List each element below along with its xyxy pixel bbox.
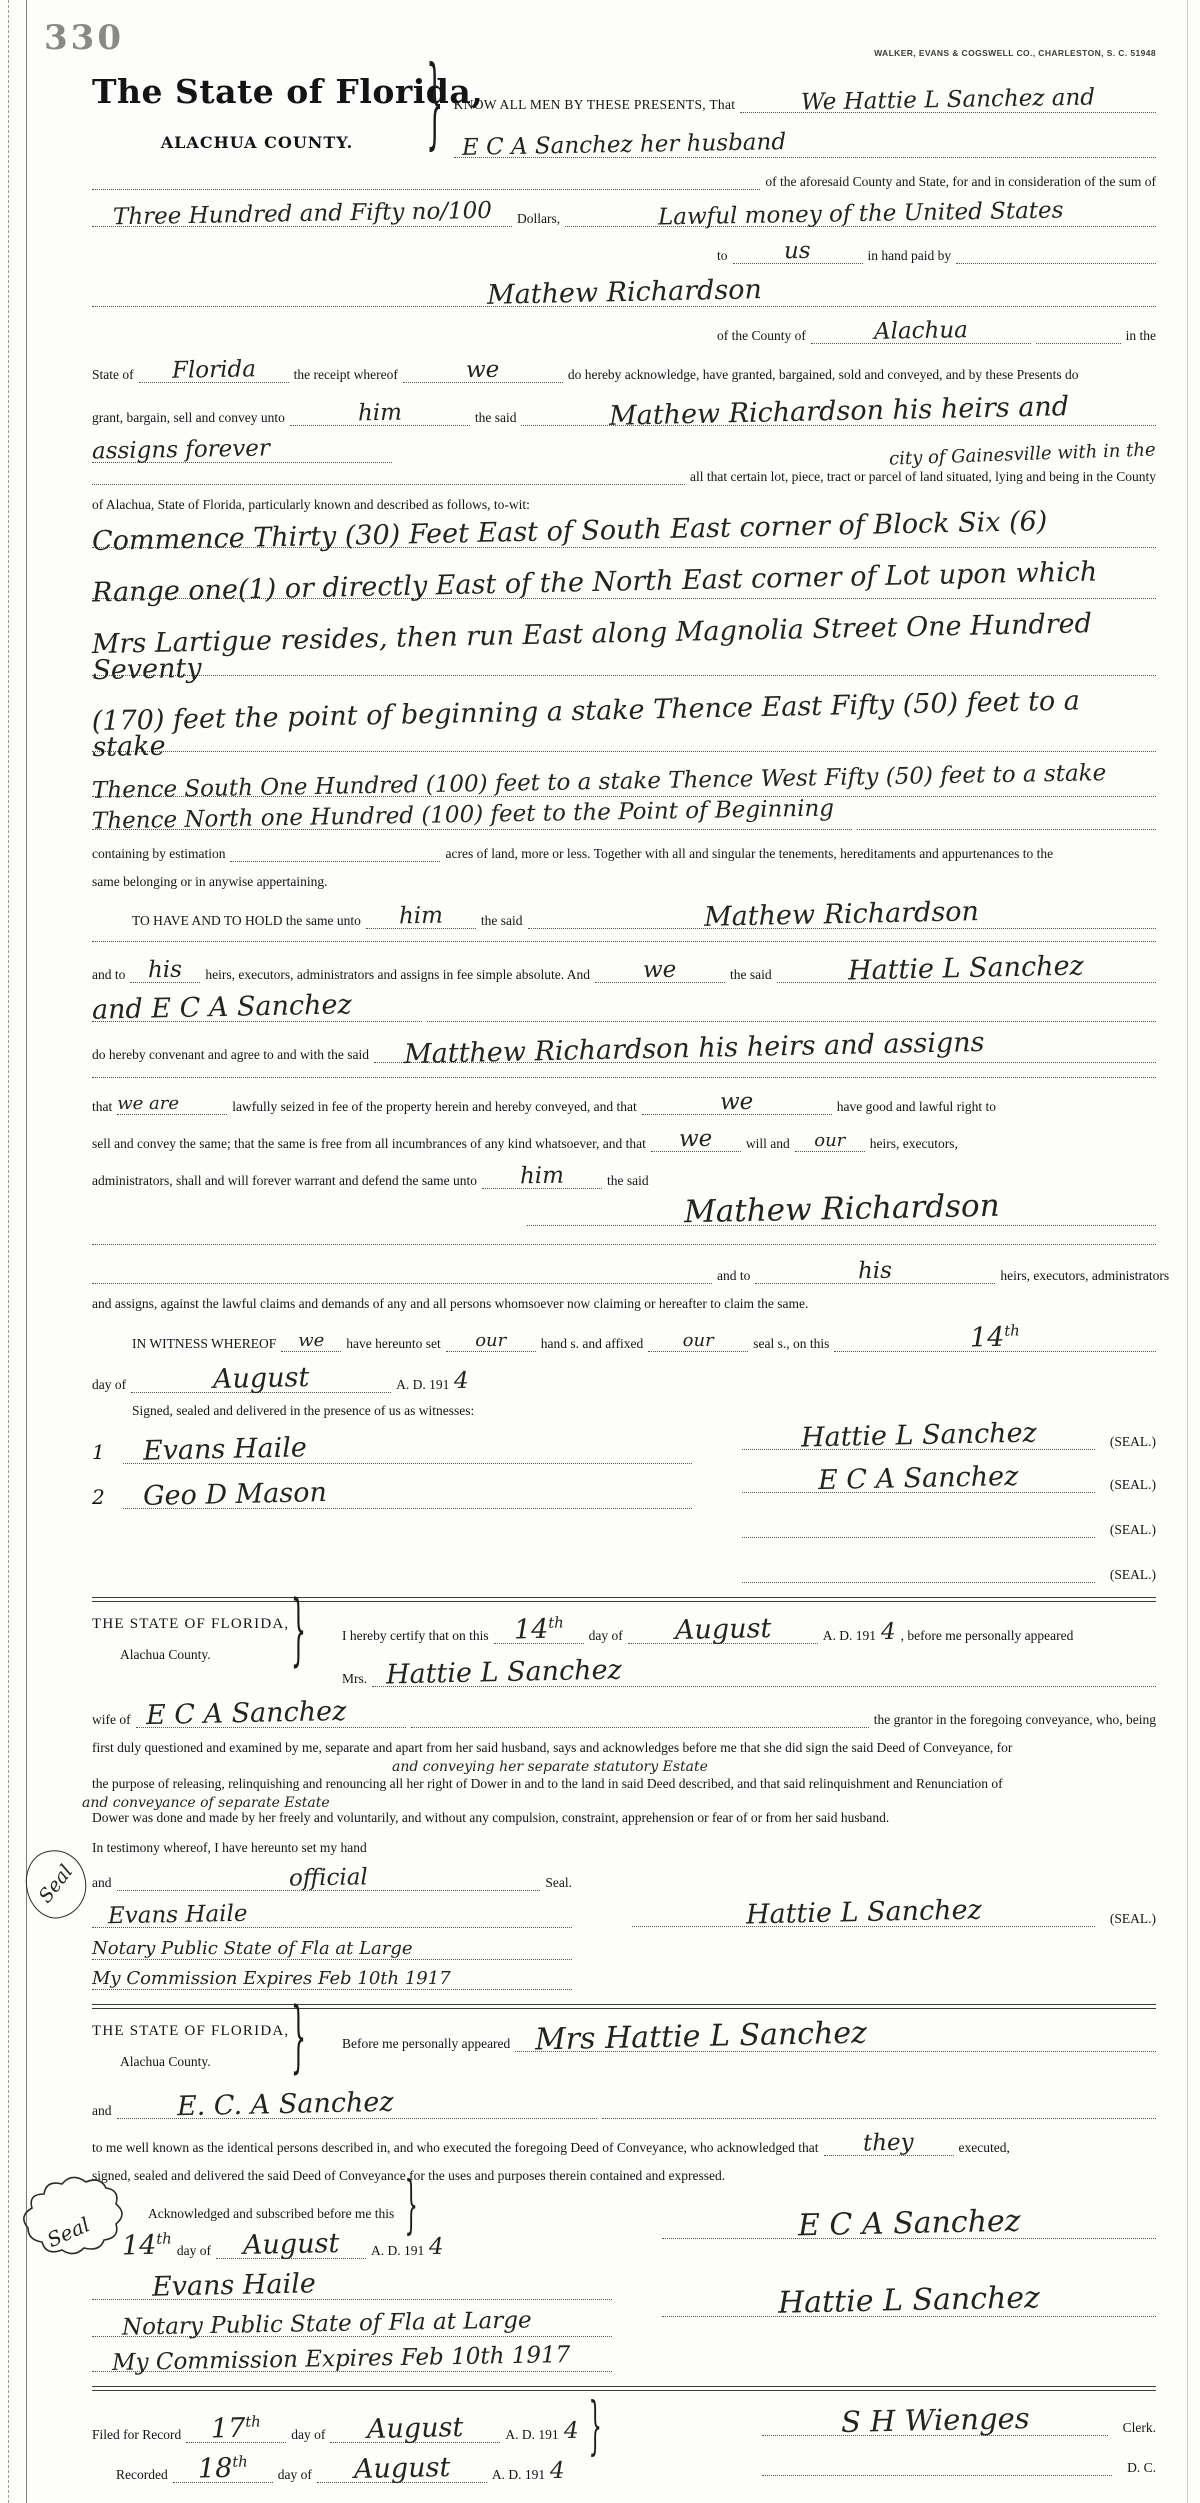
witness-signature: Geo D Mason (143, 1480, 327, 1509)
handwritten-amount: Three Hundred and Fifty no/100 (112, 201, 491, 229)
set-label: have hereunto set (346, 1336, 440, 1352)
notary-seal-circle-drawing: Seal (19, 1843, 94, 1923)
day-of-label-1: day of (92, 1377, 126, 1393)
the-said-4: the said (607, 1173, 649, 1189)
notary-title-handwritten: Notary Public State of Fla at Large (92, 1940, 413, 1957)
description-line: Mrs Lartigue resides, then run East alon… (92, 610, 1157, 684)
handwritten-city-note: city of Gainesville with in the (889, 441, 1156, 467)
state-title: The State of Florida, (92, 72, 422, 111)
handwritten-day-number-2: 14th (513, 1615, 563, 1643)
handwritten-month-2: August (674, 1616, 771, 1644)
right-text: have good and lawful right to (837, 1099, 996, 1115)
presents-label: KNOW ALL MEN BY THESE PRESENTS, That (454, 97, 736, 113)
sell-text: sell and convey the same; that the same … (92, 1136, 646, 1152)
county-title: ALACHUA COUNTY. (92, 133, 422, 152)
notary2-name-signature: Evans Haile (152, 2271, 316, 2300)
and-label-n2: and (92, 2103, 112, 2119)
seal-word-handwritten: Seal (36, 1862, 76, 1906)
handwritten-filed-year: 4 (563, 2421, 578, 2443)
ad-label-2: A. D. 191 (823, 1628, 876, 1644)
handwritten-year-2: 4 (881, 1622, 896, 1644)
seal-paren-label: (SEAL.) (1100, 1477, 1156, 1493)
handwritten-they: they (863, 2132, 914, 2155)
filing-right: S H Wienges Clerk. D. C. (732, 2407, 1156, 2483)
the-said-1: the said (475, 410, 517, 426)
granting-section: of the aforesaid County and State, for a… (92, 174, 1156, 513)
deed-record-page: 330 WALKER, EVANS & COGSWELL CO., CHARLE… (0, 0, 1200, 2503)
notary2-commission-handwritten: My Commission Expires Feb 10th 1917 (112, 2345, 571, 2375)
notary2-header: THE STATE OF FLORIDA, Alachua County. } (92, 2023, 342, 2070)
notary2-county-label: Alachua County. (120, 2054, 289, 2070)
handwritten-interline-1: and conveying her separate statutory Est… (392, 1761, 708, 1774)
heirs-executors-label: heirs, executors, (870, 1136, 958, 1152)
handwritten-month-3: August (243, 2231, 340, 2259)
and-to-label-2: and to (717, 1268, 750, 1284)
notary1-seal-block: Seal and official Seal. Evans Haile Nota… (92, 1856, 1156, 1990)
handwritten-filed-month: August (367, 2415, 464, 2443)
and-label-n1: and (92, 1875, 112, 1891)
receipt-label: the receipt whereof (294, 367, 398, 383)
day-of-label-3: day of (177, 2243, 211, 2259)
handwritten-we-5: we (298, 1332, 324, 1349)
the-said-2: the said (481, 913, 523, 929)
notary1-section: THE STATE OF FLORIDA, Alachua County. } … (92, 1616, 1156, 1687)
witness-number: 1 (92, 1440, 118, 1464)
containing-text: acres of land, more or less. Together wi… (445, 846, 1053, 862)
handwritten-recorded-year: 4 (550, 2461, 565, 2483)
notary2-text: and E. C. A Sanchez to me well known as … (92, 2092, 1156, 2372)
notary2-state-label: THE STATE OF FLORIDA, (92, 2023, 289, 2040)
executed-label: executed, (959, 2140, 1010, 2156)
notary2-seal-block: Seal Acknowledged and subscribed before … (92, 2184, 1156, 2372)
heirs-executors-administrators-label: heirs, executors, administrators (1000, 1268, 1169, 1284)
day-of-label-5: day of (278, 2467, 312, 2483)
dollars-label: Dollars, (517, 211, 560, 227)
notary2-title-handwritten: Notary Public State of Fla at Large (122, 2310, 532, 2339)
grantor-text: the grantor in the foregoing conveyance,… (874, 1712, 1156, 1728)
notary1-body: I hereby certify that on this 14th day o… (342, 1616, 1156, 1687)
handwritten-appeared-2: E. C. A Sanchez (176, 2089, 393, 2119)
handwritten-to-us: us (784, 241, 811, 263)
ad-label-1: A. D. 191 (396, 1377, 449, 1393)
notary1-seal-paren: (SEAL.) (1100, 1911, 1156, 1927)
svg-text:Seal: Seal (43, 2212, 93, 2252)
and-to-label-1: and to (92, 967, 125, 983)
heirs-text: heirs, executors, administrators and ass… (205, 967, 590, 983)
handwritten-we-1: we (466, 360, 500, 382)
situated-text: all that certain lot, piece, tract or pa… (690, 469, 1156, 485)
notary-seal-cloud-drawing: Seal (10, 2176, 130, 2281)
notary1-grantor-signature: Hattie L Sanchez (745, 1897, 981, 1928)
notary2-body: Before me personally appeared Mrs Hattie… (342, 2023, 1156, 2070)
clerk-signature: S H Wienges (840, 2405, 1029, 2436)
notary1-header: THE STATE OF FLORIDA, Alachua County. } (92, 1616, 342, 1687)
in-hand-label: in hand paid by (868, 248, 952, 264)
seal-word-label-n1: Seal. (545, 1875, 572, 1891)
dc-label: D. C. (1117, 2460, 1156, 2476)
handwritten-recorded-month: August (353, 2455, 450, 2483)
handwritten-him-2: him (399, 906, 443, 929)
handwritten-day-number: 14th (970, 1323, 1020, 1351)
handwritten-mrs-name: Hattie L Sanchez (386, 1657, 622, 1688)
testimony-text: In testimony whereof, I have hereunto se… (92, 1840, 367, 1856)
that-label: that (92, 1099, 112, 1115)
hand-label: hand s. and affixed (541, 1336, 643, 1352)
handwritten-him-3: him (520, 1166, 564, 1189)
presence-text: Signed, sealed and delivered in the pres… (132, 1403, 474, 1419)
handwritten-interline-2: and conveyance of separate Estate (82, 1797, 330, 1810)
notary1-county-label: Alachua County. (120, 1647, 289, 1663)
handwritten-state: Florida (171, 359, 255, 382)
ack-brace: } (405, 2171, 418, 2243)
description-line: Thence North one Hundred (100) feet to t… (92, 799, 834, 834)
to-have-hold-label: TO HAVE AND TO HOLD the same unto (132, 913, 361, 929)
filing-section: Filed for Record 17th day of August A. D… (92, 2407, 1156, 2483)
seal-paren-label: (SEAL.) (1100, 1434, 1156, 1450)
section-divider (92, 2386, 1156, 2391)
acknowledged-label: Acknowledged and subscribed before me th… (148, 2206, 394, 2222)
in-the-label: in the (1126, 328, 1156, 344)
notary1-state-label: THE STATE OF FLORIDA, (92, 1616, 289, 1633)
notary2-section: THE STATE OF FLORIDA, Alachua County. } … (92, 2023, 1156, 2070)
handwritten-grantee-1: Mathew Richardson his heirs and (608, 394, 1069, 429)
day-of-label-2: day of (589, 1628, 623, 1644)
covenant-section: that we are lawfully seized in fee of th… (92, 1092, 1156, 1311)
containing-section: containing by estimation acres of land, … (92, 846, 1156, 890)
filed-for-record-label: Filed for Record (92, 2427, 181, 2443)
handwritten-grantor-sig-2: and E C A Sanchez (92, 993, 352, 1024)
handwritten-county: Alachua (874, 320, 968, 343)
before-label: Before me personally appeared (342, 2036, 510, 2052)
handwritten-recorded-day: 18th (198, 2454, 248, 2482)
handwritten-filed-day: 17th (211, 2414, 261, 2442)
ad-label-5: A. D. 191 (492, 2467, 545, 2483)
handwritten-husband-name: E C A Sanchez (145, 1699, 346, 1729)
signature-columns: 1 Evans Haile 2 Geo D Mason Hattie L San… (92, 1423, 1156, 1583)
recorded-label: Recorded (116, 2467, 168, 2483)
belonging-text: same belonging or in anywise appertainin… (92, 874, 327, 890)
acknowledge-text: do hereby acknowledge, have granted, bar… (568, 367, 1079, 383)
grantor-seal-signature: E C A Sanchez (818, 1464, 1019, 1494)
witnesses-column: 1 Evans Haile 2 Geo D Mason (92, 1423, 692, 1583)
handwritten-appeared-1: Mrs Hattie L Sanchez (535, 2019, 867, 2054)
handwritten-him-1: him (358, 403, 402, 426)
habendum-section: TO HAVE AND TO HOLD the same unto him th… (92, 902, 1156, 1078)
section-divider (92, 2004, 1156, 2009)
containing-label: containing by estimation (92, 846, 225, 862)
handwritten-year-1: 4 (454, 1371, 469, 1393)
description-line: Range one(1) or directly East of the Nor… (92, 559, 1098, 606)
consideration-text: of the aforesaid County and State, for a… (765, 174, 1156, 190)
handwritten-month-1: August (213, 1365, 310, 1393)
handwritten-his-1: his (148, 960, 182, 982)
seals-column: Hattie L Sanchez (SEAL.) E C A Sanchez (… (692, 1423, 1156, 1583)
claims-text: and assigns, against the lawful claims a… (92, 1296, 808, 1312)
handwritten-we-4: we (679, 1129, 713, 1151)
certify-label: I hereby certify that on this (342, 1628, 489, 1644)
handwritten-official: official (289, 1867, 368, 1890)
handwritten-grantor-sig-1: Hattie L Sanchez (848, 954, 1084, 985)
day-of-label-4: day of (291, 2427, 325, 2443)
the-said-3: the said (730, 967, 772, 983)
notary2-signature-2: Hattie L Sanchez (778, 2284, 1040, 2318)
header-brace: } (426, 46, 443, 162)
top-bar: 330 WALKER, EVANS & COGSWELL CO., CHARLE… (92, 18, 1156, 58)
mrs-label: Mrs. (342, 1671, 367, 1687)
witness-signature: Evans Haile (143, 1435, 307, 1464)
handwritten-covenant-grantee: Matthew Richardson his heirs and assigns (404, 1030, 985, 1068)
filing-left: Filed for Record 17th day of August A. D… (92, 2407, 732, 2483)
header-right: KNOW ALL MEN BY THESE PRESENTS, That We … (454, 66, 1156, 158)
property-description: Commence Thirty (30) Feet East of South … (92, 519, 1156, 830)
description-line: (170) feet the point of beginning a stak… (92, 687, 1157, 761)
in-witness-whereof-label: IN WITNESS WHEREOF (132, 1336, 276, 1352)
header-left: The State of Florida, ALACHUA COUNTY. (92, 66, 422, 152)
document-header: The State of Florida, ALACHUA COUNTY. } … (92, 66, 1156, 158)
handwritten-payer-name: Mathew Richardson (486, 277, 761, 308)
notary-name-signature: Evans Haile (108, 1904, 248, 1928)
covenant-label: do hereby convenant and agree to and wit… (92, 1047, 369, 1063)
ad-label-4: A. D. 191 (505, 2427, 558, 2443)
of-county-label: of the County of (717, 328, 806, 344)
handwritten-year-3: 4 (429, 2237, 444, 2259)
notary1-para1: first duly questioned and examined by me… (92, 1740, 1012, 1756)
page-number: 330 (44, 18, 124, 58)
convey-label: grant, bargain, sell and convey unto (92, 410, 285, 426)
handwritten-we-3: we (720, 1092, 754, 1114)
notary1-text: wife of E C A Sanchez the grantor in the… (92, 1701, 1156, 1990)
wife-of-label: wife of (92, 1712, 131, 1728)
seal-paren-label: (SEAL.) (1100, 1522, 1156, 1538)
description-line: Commence Thirty (30) Feet East of South … (92, 509, 1048, 555)
appeared-label: , before me personally appeared (901, 1628, 1074, 1644)
handwritten-we-are: we are (117, 1095, 179, 1112)
handwritten-our-3: our (683, 1332, 714, 1349)
to-label: to (717, 248, 728, 264)
description-line: Thence South One Hundred (100) feet to a… (92, 763, 1107, 803)
handwritten-we-2: we (643, 960, 677, 982)
handwritten-grantors-1: We Hattie L Sanchez and (801, 87, 1095, 114)
witness-section: IN WITNESS WHEREOF we have hereunto set … (92, 1324, 1156, 1583)
filing-brace: } (589, 2392, 602, 2464)
handwritten-day-number-3: 14th (122, 2232, 172, 2260)
document-content: 330 WALKER, EVANS & COGSWELL CO., CHARLE… (0, 0, 1200, 2503)
ad-label-3: A. D. 191 (371, 2243, 424, 2259)
witness-number: 2 (92, 1485, 118, 1509)
section-divider (92, 1597, 1156, 1602)
notary-commission-handwritten: My Commission Expires Feb 10th 1917 (92, 1970, 451, 1987)
handwritten-assigns-forever: assigns forever (92, 438, 270, 463)
handwritten-grantee-2: Mathew Richardson (704, 899, 979, 930)
grantor-seal-signature: Hattie L Sanchez (800, 1420, 1036, 1451)
will-and-label: will and (746, 1136, 790, 1152)
administrators-text: administrators, shall and will forever w… (92, 1173, 477, 1189)
handwritten-defend-grantee: Mathew Richardson (683, 1192, 999, 1228)
notary1-para2: the purpose of releasing, relinquishing … (92, 1776, 1003, 1792)
handwritten-our-2: our (475, 1332, 506, 1349)
seal-word-label: seal s., on this (753, 1336, 829, 1352)
handwritten-his-2: his (858, 1260, 892, 1282)
handwritten-our-1: our (814, 1132, 845, 1149)
notary1-brace: } (291, 1585, 306, 1697)
handwritten-grantors-2: E C A Sanchez her husband (461, 132, 785, 159)
printer-credit: WALKER, EVANS & COGSWELL CO., CHARLESTON… (874, 48, 1156, 58)
describe-text: of Alachua, State of Florida, particular… (92, 497, 530, 513)
notary2-brace: } (291, 1992, 306, 2104)
known-text: to me well known as the identical person… (92, 2140, 819, 2156)
seal-paren-label: (SEAL.) (1100, 1567, 1156, 1583)
seized-text: lawfully seized in fee of the property h… (232, 1099, 636, 1115)
state-of-label: State of (92, 367, 134, 383)
handwritten-lawful-money: Lawful money of the United States (658, 200, 1064, 229)
notary2-signature-1: E C A Sanchez (797, 2207, 1020, 2240)
notary1-para3: Dower was done and made by her freely an… (92, 1810, 889, 1826)
clerk-label: Clerk. (1113, 2420, 1156, 2436)
